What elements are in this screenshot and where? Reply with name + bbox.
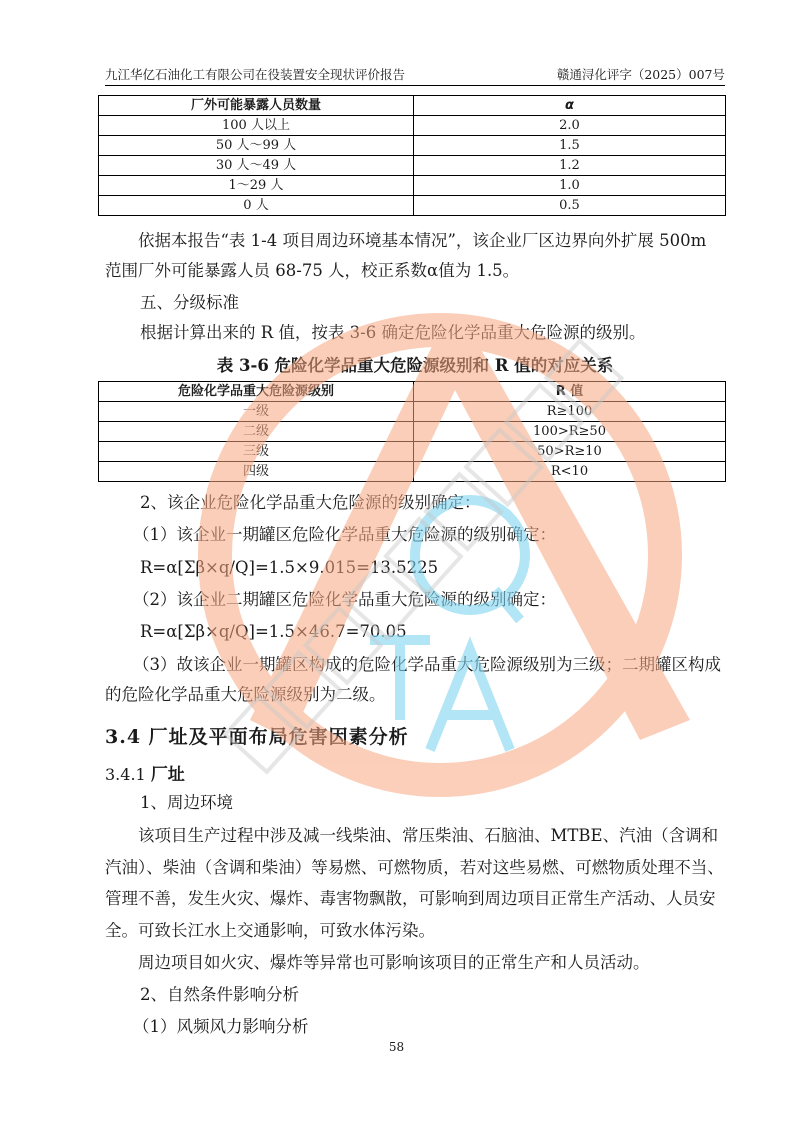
- table-row: 三级 50>R≥10: [99, 442, 726, 462]
- page-header: 九江华亿石油化工有限公司在役装置安全现状评价报告 赣通浔化评字（2025）007…: [105, 66, 725, 86]
- paragraph-exposure: 依据本报告“表 1-4 项目周边环境基本情况”，该企业厂区边界向外扩展 500m…: [105, 226, 725, 286]
- table-cell: 0.5: [414, 196, 726, 216]
- table-cell: 50>R≥10: [414, 442, 726, 462]
- alpha-correction-table: 厂外可能暴露人员数量 α 100 人以上 2.0 50 人～99 人 1.5 3…: [98, 95, 726, 216]
- table-cell: 0 人: [99, 196, 414, 216]
- subsection-title: 厂址: [151, 765, 185, 785]
- table-row: 50 人～99 人 1.5: [99, 136, 726, 156]
- formula-phase-2: R=α[Σβ×q/Q]=1.5×46.7=70.05: [140, 617, 760, 647]
- table-cell: R<10: [414, 462, 726, 482]
- formula-phase-1: R=α[Σβ×q/Q]=1.5×9.015=13.5225: [140, 553, 760, 583]
- table-row: 100 人以上 2.0: [99, 116, 726, 136]
- table-header-cell: α: [414, 96, 726, 116]
- table-cell: 1.2: [414, 156, 726, 176]
- determination-conclusion: （3）故该企业一期罐区构成的危险化学品重大危险源级别为三级；二期罐区构成的危险化…: [105, 650, 725, 710]
- subsection-number: 3.4.1: [105, 765, 146, 784]
- r-value-table: 危险化学品重大危险源级别 R 值 一级 R≥100 二级 100>R≥50 三级…: [98, 381, 726, 482]
- paragraph-surroundings-2: 周边项目如火灾、爆炸等异常也可影响该项目的正常生产和人员活动。: [105, 948, 725, 978]
- table-header-cell: R 值: [414, 382, 726, 402]
- paragraph-grading: 根据计算出来的 R 值，按表 3-6 确定危险化学品重大危险源的级别。: [105, 318, 760, 348]
- table-header-row: 厂外可能暴露人员数量 α: [99, 96, 726, 116]
- table-cell: 1.5: [414, 136, 726, 156]
- table-cell: 100>R≥50: [414, 422, 726, 442]
- table-cell: 三级: [99, 442, 414, 462]
- page-number: 58: [0, 1040, 793, 1054]
- table-row: 1～29 人 1.0: [99, 176, 726, 196]
- table-cell: 100 人以上: [99, 116, 414, 136]
- table-cell: 2.0: [414, 116, 726, 136]
- paragraph-surroundings: 该项目生产过程中涉及减一线柴油、常压柴油、石脑油、MTBE、汽油（含调和汽油）、…: [105, 820, 725, 946]
- table-row: 30 人～49 人 1.2: [99, 156, 726, 176]
- heading-surroundings: 1、周边环境: [105, 788, 760, 818]
- header-report-title: 九江华亿石油化工有限公司在役装置安全现状评价报告: [105, 65, 405, 83]
- table-row: 二级 100>R≥50: [99, 422, 726, 442]
- table-cell: 二级: [99, 422, 414, 442]
- header-doc-number: 赣通浔化评字（2025）007号: [557, 65, 725, 83]
- determination-title: 2、该企业危险化学品重大危险源的级别确定：: [105, 488, 760, 518]
- subsection-heading: 3.4.1 厂址: [105, 760, 185, 785]
- table-header-cell: 危险化学品重大危险源级别: [99, 382, 414, 402]
- table-cell: R≥100: [414, 402, 726, 422]
- table-row: 0 人 0.5: [99, 196, 726, 216]
- table-cell: 一级: [99, 402, 414, 422]
- table-cell: 1.0: [414, 176, 726, 196]
- table-row: 四级 R<10: [99, 462, 726, 482]
- table-cell: 30 人～49 人: [99, 156, 414, 176]
- table-header-cell: 厂外可能暴露人员数量: [99, 96, 414, 116]
- table-cell: 四级: [99, 462, 414, 482]
- table-cell: 1～29 人: [99, 176, 414, 196]
- determination-item-2: （2）该企业二期罐区危险化学品重大危险源的级别确定：: [105, 585, 753, 615]
- table-caption: 表 3-6 危险化学品重大危险源级别和 R 值的对应关系: [105, 352, 725, 376]
- table-header-row: 危险化学品重大危险源级别 R 值: [99, 382, 726, 402]
- heading-natural-conditions: 2、自然条件影响分析: [105, 980, 760, 1010]
- table-row: 一级 R≥100: [99, 402, 726, 422]
- alpha-symbol: α: [565, 98, 574, 113]
- section-heading: 3.4 厂址及平面布局危害因素分析: [105, 722, 409, 749]
- table-cell: 50 人～99 人: [99, 136, 414, 156]
- heading-wind-analysis: （1）风频风力影响分析: [105, 1012, 753, 1042]
- heading-grading-standard: 五、分级标准: [105, 288, 760, 318]
- document-page: 九江华亿石油化工有限公司在役装置安全现状评价报告 赣通浔化评字（2025）007…: [0, 0, 793, 1122]
- determination-item-1: （1）该企业一期罐区危险化学品重大危险源的级别确定：: [105, 520, 753, 550]
